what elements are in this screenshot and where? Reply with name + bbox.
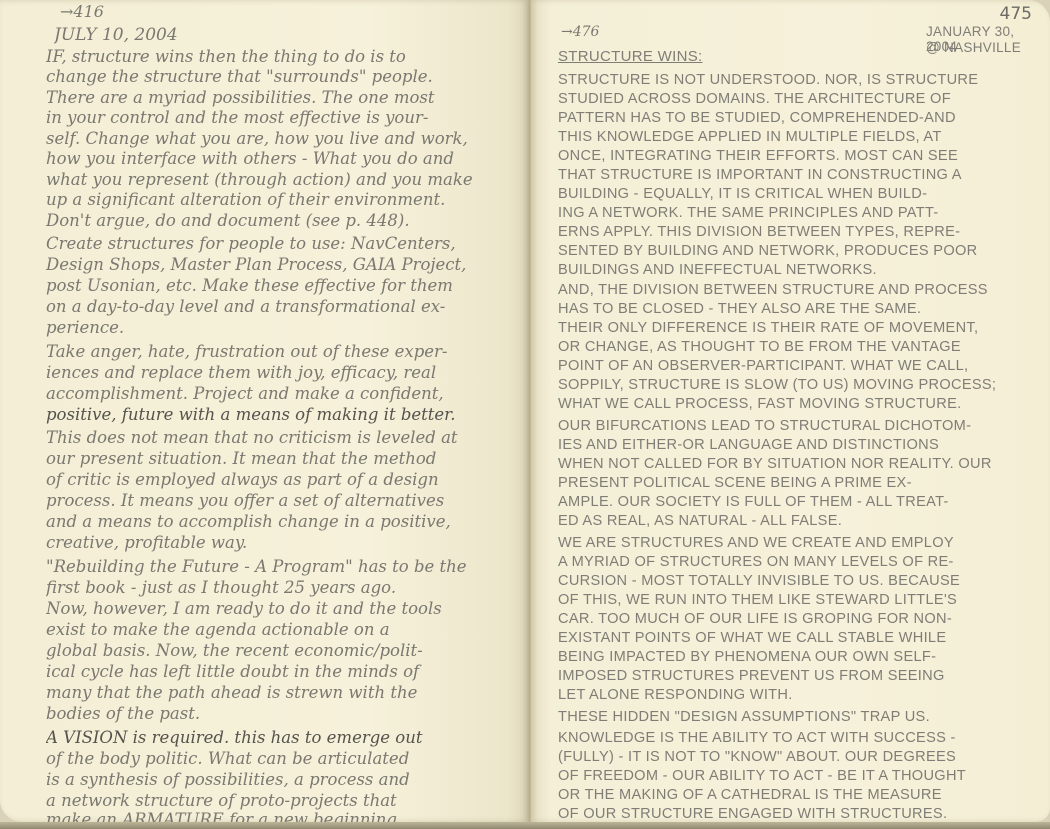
text-line: THEIR ONLY DIFFERENCE IS THEIR RATE OF M…	[558, 318, 1048, 338]
text-line: first book - just as I thought 25 years …	[46, 578, 524, 598]
text-line: THAT STRUCTURE IS IMPORTANT IN CONSTRUCT…	[558, 165, 1048, 185]
text-line: OF OUR STRUCTURE ENGAGED WITH STRUCTURES…	[558, 804, 1048, 822]
text-line: PATTERN HAS TO BE STUDIED, COMPREHENDED-…	[558, 108, 1048, 128]
text-line: exist to make the agenda actionable on a	[46, 620, 524, 640]
text-line: post Usonian, etc. Make these effective …	[46, 276, 524, 296]
section-heading: STRUCTURE WINS:	[558, 47, 1048, 67]
text-line: OF THIS, WE RUN INTO THEM LIKE STEWARD L…	[558, 590, 1048, 610]
text-line: perience.	[46, 318, 524, 338]
page-bottom-edge	[0, 822, 1050, 829]
text-line: AND, THE DIVISION BETWEEN STRUCTURE AND …	[558, 280, 1048, 300]
text-line: THIS KNOWLEDGE APPLIED IN MULTIPLE FIELD…	[558, 127, 1048, 147]
text-line: CURSION - MOST TOTALLY INVISIBLE TO US. …	[558, 571, 1048, 591]
text-line: what you represent (through action) and …	[46, 170, 524, 190]
text-line: ERNS APPLY. THIS DIVISION BETWEEN TYPES,…	[558, 222, 1048, 242]
text-line: IES AND EITHER-OR LANGUAGE AND DISTINCTI…	[558, 435, 1048, 455]
text-line: up a significant alteration of their env…	[46, 190, 524, 210]
text-line: OR CHANGE, AS THOUGHT TO BE FROM THE VAN…	[558, 337, 1048, 357]
text-line: a network structure of proto-projects th…	[46, 791, 524, 811]
text-line: OF FREEDOM - OUR ABILITY TO ACT - BE IT …	[558, 766, 1048, 786]
text-line: WHEN NOT CALLED FOR BY SITUATION NOR REA…	[558, 454, 1048, 474]
text-line: self. Change what you are, how you live …	[46, 129, 524, 149]
text-line: (FULLY) - IT IS NOT TO "KNOW" ABOUT. OUR…	[558, 747, 1048, 767]
text-line: There are a myriad possibilities. The on…	[46, 88, 524, 108]
text-line: global basis. Now, the recent economic/p…	[46, 641, 524, 661]
text-line: is a synthesis of possibilities, a proce…	[46, 770, 524, 790]
right-page: 475 →476 JANUARY 30, 2004 @ NASHVILLE ST…	[531, 0, 1050, 822]
text-line: CAR. TOO MUCH OF OUR LIFE IS GROPING FOR…	[558, 609, 1048, 629]
text-line: ONCE, INTEGRATING THEIR EFFORTS. MOST CA…	[558, 146, 1048, 166]
text-line: OUR BIFURCATIONS LEAD TO STRUCTURAL DICH…	[558, 416, 1048, 436]
entry-date: JULY 10, 2004	[54, 25, 528, 45]
text-line: POINT OF AN OBSERVER-PARTICIPANT. WHAT W…	[558, 356, 1048, 376]
text-line: LET ALONE RESPONDING WITH.	[558, 685, 1048, 705]
text-line: process. It means you offer a set of alt…	[46, 491, 524, 511]
text-line: of critic is employed always as part of …	[46, 470, 524, 490]
text-line: PRESENT POLITICAL SCENE BEING A PRIME EX…	[558, 473, 1048, 493]
text-line: bodies of the past.	[46, 704, 524, 724]
text-line: A VISION is required. this has to emerge…	[46, 728, 524, 748]
text-line: A MYRIAD OF STRUCTURES ON MANY LEVELS OF…	[558, 552, 1048, 572]
notebook-spread: →416 JULY 10, 2004 IF, structure wins th…	[0, 0, 1050, 829]
text-line: accomplishment. Project and make a confi…	[46, 384, 524, 404]
text-line: ical cycle has left little doubt in the …	[46, 662, 524, 682]
left-page: →416 JULY 10, 2004 IF, structure wins th…	[0, 0, 528, 822]
text-line: ING A NETWORK. THE SAME PRINCIPLES AND P…	[558, 203, 1048, 223]
text-line: WE ARE STRUCTURES AND WE CREATE AND EMPL…	[558, 533, 1048, 553]
text-line: THESE HIDDEN "DESIGN ASSUMPTIONS" TRAP U…	[558, 707, 1048, 727]
text-line: BUILDING - EQUALLY, IT IS CRITICAL WHEN …	[558, 184, 1048, 204]
text-line: how you interface with others - What you…	[46, 149, 524, 169]
text-line: of the body politic. What can be articul…	[46, 749, 524, 769]
text-line: STUDIED ACROSS DOMAINS. THE ARCHITECTURE…	[558, 89, 1048, 109]
text-line: make an ARMATURE for a new beginning.	[46, 810, 524, 822]
text-line: STRUCTURE IS NOT UNDERSTOOD. NOR, IS STR…	[558, 70, 1048, 90]
text-line: ED AS REAL, AS NATURAL - ALL FALSE.	[558, 511, 1048, 531]
text-line: change the structure that "surrounds" pe…	[46, 67, 524, 87]
text-line: HAS TO BE CLOSED - THEY ALSO ARE THE SAM…	[558, 299, 1048, 319]
text-line: WHAT WE CALL PROCESS, FAST MOVING STRUCT…	[558, 394, 1048, 414]
text-line: Design Shops, Master Plan Process, GAIA …	[46, 255, 524, 275]
text-line: Create structures for people to use: Nav…	[46, 234, 524, 254]
text-line: This does not mean that no criticism is …	[46, 428, 524, 448]
text-line: our present situation. It mean that the …	[46, 449, 524, 469]
text-line: BUILDINGS AND INEFFECTUAL NETWORKS.	[558, 260, 1048, 280]
text-line: SENTED BY BUILDING AND NETWORK, PRODUCES…	[558, 241, 1048, 261]
text-line: Don't argue, do and document (see p. 448…	[46, 211, 524, 231]
page-number: 475	[1000, 4, 1032, 24]
text-line: many that the path ahead is strewn with …	[46, 683, 524, 703]
text-line: KNOWLEDGE IS THE ABILITY TO ACT WITH SUC…	[558, 728, 1048, 748]
text-line: IMPOSED STRUCTURES PREVENT US FROM SEEIN…	[558, 666, 1048, 686]
text-line: BEING IMPACTED BY PHENOMENA OUR OWN SELF…	[558, 647, 1048, 667]
text-line: iences and replace them with joy, effica…	[46, 363, 524, 383]
text-line: Now, however, I am ready to do it and th…	[46, 599, 524, 619]
text-line: in your control and the most effective i…	[46, 108, 524, 128]
text-line: OR THE MAKING OF A CATHEDRAL IS THE MEAS…	[558, 785, 1048, 805]
text-line: EXISTANT POINTS OF WHAT WE CALL STABLE W…	[558, 628, 1048, 648]
text-line: positive, future with a means of making …	[46, 405, 524, 425]
text-line: AMPLE. OUR SOCIETY IS FULL OF THEM - ALL…	[558, 492, 1048, 512]
text-line: on a day-to-day level and a transformati…	[46, 297, 524, 317]
text-line: and a means to accomplish change in a po…	[46, 512, 524, 532]
text-line: IF, structure wins then the thing to do …	[46, 47, 524, 67]
cross-reference: →416	[60, 2, 528, 22]
text-line: "Rebuilding the Future - A Program" has …	[46, 557, 524, 577]
text-line: creative, profitable way.	[46, 533, 524, 553]
text-line: Take anger, hate, frustration out of the…	[46, 342, 524, 362]
text-line: SOPPILY, STRUCTURE IS SLOW (TO US) MOVIN…	[558, 375, 1048, 395]
